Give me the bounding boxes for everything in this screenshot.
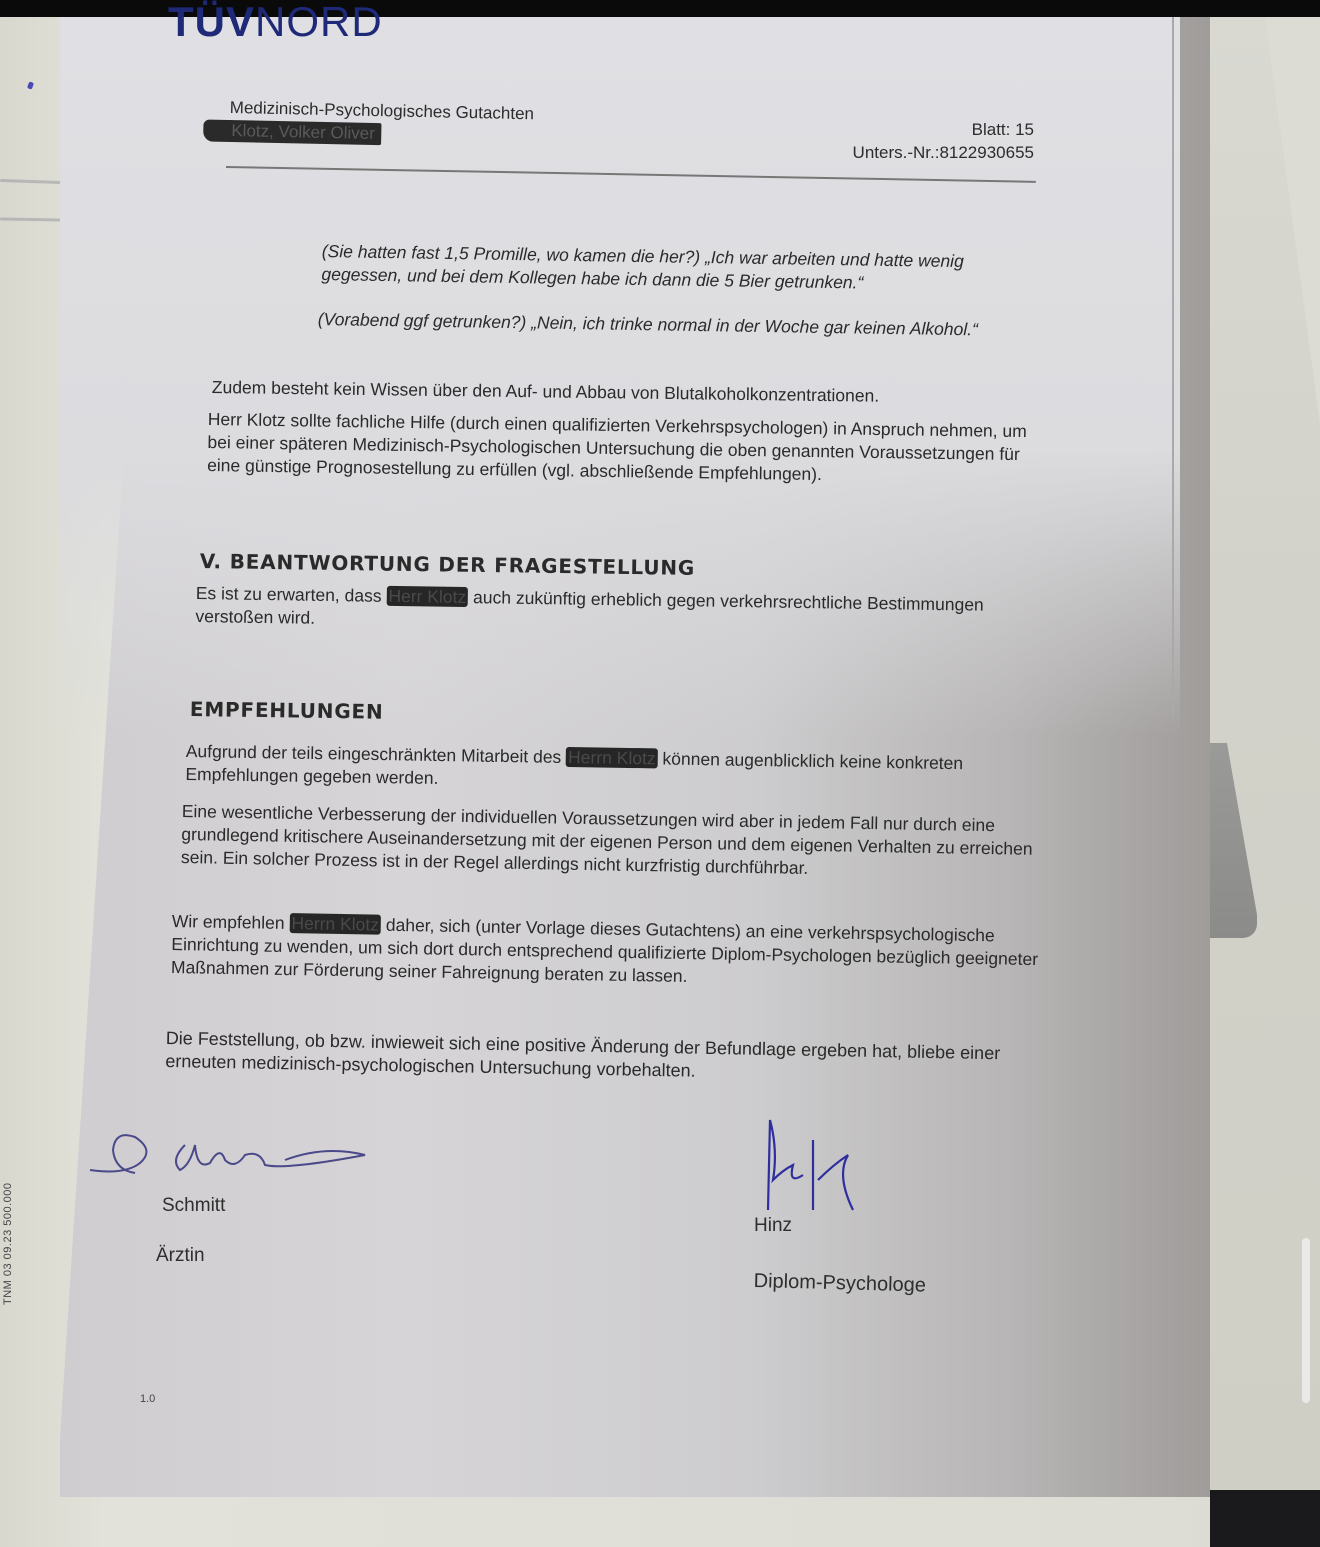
logo-rest: NORD	[255, 0, 383, 45]
sheet-number: Blatt: 15	[826, 118, 1034, 141]
signer-role-1: Ärztin	[156, 1245, 205, 1267]
scroll-indicator[interactable]	[1302, 1238, 1310, 1403]
signature-hinz	[758, 1110, 868, 1220]
redacted-name: Herrn Klotz	[566, 747, 658, 768]
exam-number: Unters.-Nr.:8122930655	[826, 141, 1034, 164]
ink-dot	[27, 81, 34, 89]
signer-role-2: Diplom-Psychologe	[753, 1270, 926, 1298]
subject-name-redacted: Klotz, Volker Oliver	[203, 119, 381, 145]
quote-answer: „Nein, ich trinke normal in der Woche ga…	[526, 312, 978, 339]
findings-paragraph: Herr Klotz sollte fachliche Hilfe (durch…	[207, 408, 1042, 489]
form-code: TNM 03 09.23 500.000	[2, 1182, 14, 1305]
text: Wir empfehlen	[172, 911, 290, 933]
recommendations-heading: EMPFEHLUNGEN	[190, 697, 384, 724]
floor-shadow	[1210, 1490, 1320, 1547]
text: Es ist zu erwarten, dass	[196, 583, 387, 606]
redacted-name: Herr Klotz	[386, 586, 468, 607]
document-header: Medizinisch-Psychologisches Gutachten Kl…	[229, 98, 534, 148]
tuev-nord-logo: TÜVNORD	[168, 0, 383, 44]
header-meta: Blatt: 15 Unters.-Nr.:8122930655	[826, 118, 1034, 164]
signature-schmitt	[85, 1125, 385, 1185]
logo-bold: TÜV	[168, 0, 255, 45]
quote-question: (Sie hatten fast 1,5 Promille, wo kamen …	[322, 241, 701, 267]
quote-question: (Vorabend ggf getrunken?)	[318, 309, 527, 332]
page-edge	[1172, 17, 1174, 717]
signer-name-2: Hinz	[754, 1215, 792, 1237]
version-number: 1.0	[140, 1393, 155, 1405]
signer-name-1: Schmitt	[162, 1195, 225, 1217]
marble-vein	[0, 179, 62, 184]
text: Aufgrund der teils eingeschränkten Mitar…	[186, 741, 567, 767]
marble-vein	[0, 217, 62, 221]
redacted-name: Herrn Klotz	[289, 913, 381, 935]
